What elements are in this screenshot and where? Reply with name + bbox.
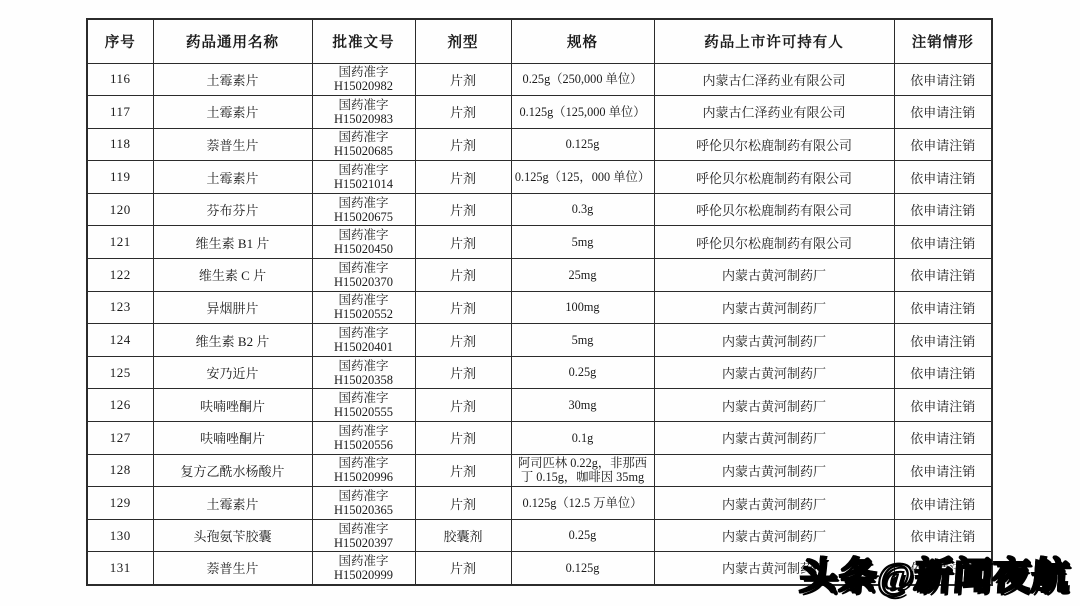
cell-specification: 5mg bbox=[511, 226, 654, 259]
cell-serial-number: 123 bbox=[87, 291, 153, 324]
header-drug-generic-name: 药品通用名称 bbox=[153, 19, 312, 63]
cell-approval-number: 国药准字 H15021014 bbox=[312, 161, 415, 194]
approval-number: H15020450 bbox=[315, 242, 413, 256]
approval-number: H15020401 bbox=[315, 340, 413, 354]
cell-dosage-form: 片剂 bbox=[415, 454, 511, 487]
approval-number: H15020358 bbox=[315, 373, 413, 387]
approval-prefix: 国药准字 bbox=[315, 424, 413, 438]
cell-specification: 0.3g bbox=[511, 193, 654, 226]
cell-serial-number: 122 bbox=[87, 259, 153, 292]
cell-specification: 0.25g bbox=[511, 519, 654, 552]
cell-holder: 内蒙古黄河制药厂 bbox=[654, 291, 894, 324]
cell-holder: 内蒙古仁泽药业有限公司 bbox=[654, 63, 894, 96]
cell-dosage-form: 片剂 bbox=[415, 389, 511, 422]
cell-specification: 5mg bbox=[511, 324, 654, 357]
cell-approval-number: 国药准字 H15020685 bbox=[312, 128, 415, 161]
cell-serial-number: 129 bbox=[87, 487, 153, 520]
cell-holder: 内蒙古黄河制药厂 bbox=[654, 422, 894, 455]
cell-dosage-form: 片剂 bbox=[415, 96, 511, 129]
cell-drug-name: 异烟肼片 bbox=[153, 291, 312, 324]
table-row: 126 呋喃唑酮片 国药准字 H15020555 片剂 30mg 内蒙古黄河制药… bbox=[87, 389, 992, 422]
cell-approval-number: 国药准字 H15020555 bbox=[312, 389, 415, 422]
cell-serial-number: 116 bbox=[87, 63, 153, 96]
table-row: 124 维生素 B2 片 国药准字 H15020401 片剂 5mg 内蒙古黄河… bbox=[87, 324, 992, 357]
approval-number: H15020999 bbox=[315, 568, 413, 582]
cell-approval-number: 国药准字 H15020982 bbox=[312, 63, 415, 96]
cell-holder: 内蒙古黄河制药厂 bbox=[654, 356, 894, 389]
cell-specification: 0.125g（12.5 万单位） bbox=[511, 487, 654, 520]
cell-cancellation-status: 依申请注销 bbox=[894, 96, 992, 129]
cell-drug-name: 安乃近片 bbox=[153, 356, 312, 389]
cell-serial-number: 127 bbox=[87, 422, 153, 455]
cell-approval-number: 国药准字 H15020365 bbox=[312, 487, 415, 520]
table-row: 128 复方乙酰水杨酸片 国药准字 H15020996 片剂 阿司匹林 0.22… bbox=[87, 454, 992, 487]
approval-prefix: 国药准字 bbox=[315, 163, 413, 177]
cell-holder: 内蒙古黄河制药厂 bbox=[654, 259, 894, 292]
approval-prefix: 国药准字 bbox=[315, 326, 413, 340]
approval-number: H15020996 bbox=[315, 470, 413, 484]
cell-drug-name: 维生素 B2 片 bbox=[153, 324, 312, 357]
cell-dosage-form: 片剂 bbox=[415, 259, 511, 292]
cell-cancellation-status: 依申请注销 bbox=[894, 487, 992, 520]
table-row: 121 维生素 B1 片 国药准字 H15020450 片剂 5mg 呼伦贝尔松… bbox=[87, 226, 992, 259]
cell-dosage-form: 片剂 bbox=[415, 487, 511, 520]
cell-approval-number: 国药准字 H15020358 bbox=[312, 356, 415, 389]
approval-prefix: 国药准字 bbox=[315, 98, 413, 112]
cell-drug-name: 萘普生片 bbox=[153, 128, 312, 161]
cell-approval-number: 国药准字 H15020370 bbox=[312, 259, 415, 292]
header-approval-number: 批准文号 bbox=[312, 19, 415, 63]
cell-approval-number: 国药准字 H15020675 bbox=[312, 193, 415, 226]
table-row: 116 土霉素片 国药准字 H15020982 片剂 0.25g（250,000… bbox=[87, 63, 992, 96]
cell-serial-number: 125 bbox=[87, 356, 153, 389]
cell-dosage-form: 片剂 bbox=[415, 128, 511, 161]
cell-specification: 0.125g（125，000 单位） bbox=[511, 161, 654, 194]
table-row: 129 土霉素片 国药准字 H15020365 片剂 0.125g（12.5 万… bbox=[87, 487, 992, 520]
cell-approval-number: 国药准字 H15020996 bbox=[312, 454, 415, 487]
cell-dosage-form: 胶囊剂 bbox=[415, 519, 511, 552]
cell-drug-name: 呋喃唑酮片 bbox=[153, 389, 312, 422]
cell-approval-number: 国药准字 H15020450 bbox=[312, 226, 415, 259]
cell-specification: 25mg bbox=[511, 259, 654, 292]
table-header-row: 序号 药品通用名称 批准文号 剂型 规格 药品上市许可持有人 注销情形 bbox=[87, 19, 992, 63]
cell-holder: 内蒙古黄河制药厂 bbox=[654, 324, 894, 357]
cell-serial-number: 119 bbox=[87, 161, 153, 194]
table-row: 123 异烟肼片 国药准字 H15020552 片剂 100mg 内蒙古黄河制药… bbox=[87, 291, 992, 324]
cell-approval-number: 国药准字 H15020999 bbox=[312, 552, 415, 585]
approval-prefix: 国药准字 bbox=[315, 391, 413, 405]
cell-specification: 0.125g bbox=[511, 128, 654, 161]
cell-dosage-form: 片剂 bbox=[415, 422, 511, 455]
table-row: 119 土霉素片 国药准字 H15021014 片剂 0.125g（125，00… bbox=[87, 161, 992, 194]
cell-dosage-form: 片剂 bbox=[415, 291, 511, 324]
header-marketing-authorization-holder: 药品上市许可持有人 bbox=[654, 19, 894, 63]
cell-drug-name: 土霉素片 bbox=[153, 63, 312, 96]
cell-specification: 阿司匹林 0.22g，非那西丁 0.15g，咖啡因 35mg bbox=[511, 454, 654, 487]
cell-drug-name: 土霉素片 bbox=[153, 487, 312, 520]
cell-cancellation-status: 依申请注销 bbox=[894, 389, 992, 422]
header-serial-number: 序号 bbox=[87, 19, 153, 63]
cell-cancellation-status: 依申请注销 bbox=[894, 422, 992, 455]
table-row: 117 土霉素片 国药准字 H15020983 片剂 0.125g（125,00… bbox=[87, 96, 992, 129]
cell-serial-number: 124 bbox=[87, 324, 153, 357]
cell-dosage-form: 片剂 bbox=[415, 356, 511, 389]
approval-prefix: 国药准字 bbox=[315, 228, 413, 242]
cell-approval-number: 国药准字 H15020556 bbox=[312, 422, 415, 455]
cell-specification: 100mg bbox=[511, 291, 654, 324]
cell-drug-name: 维生素 B1 片 bbox=[153, 226, 312, 259]
cell-approval-number: 国药准字 H15020397 bbox=[312, 519, 415, 552]
cell-cancellation-status: 依申请注销 bbox=[894, 291, 992, 324]
cell-drug-name: 芬布芬片 bbox=[153, 193, 312, 226]
drug-cancellation-table: 序号 药品通用名称 批准文号 剂型 规格 药品上市许可持有人 注销情形 116 … bbox=[86, 18, 993, 586]
cell-approval-number: 国药准字 H15020552 bbox=[312, 291, 415, 324]
cell-drug-name: 萘普生片 bbox=[153, 552, 312, 585]
approval-number: H15020370 bbox=[315, 275, 413, 289]
cell-holder: 内蒙古黄河制药厂 bbox=[654, 389, 894, 422]
header-specification: 规格 bbox=[511, 19, 654, 63]
table-row: 122 维生素 C 片 国药准字 H15020370 片剂 25mg 内蒙古黄河… bbox=[87, 259, 992, 292]
cell-dosage-form: 片剂 bbox=[415, 552, 511, 585]
table-row: 127 呋喃唑酮片 国药准字 H15020556 片剂 0.1g 内蒙古黄河制药… bbox=[87, 422, 992, 455]
cell-serial-number: 126 bbox=[87, 389, 153, 422]
cell-cancellation-status: 依申请注销 bbox=[894, 356, 992, 389]
cell-holder: 呼伦贝尔松鹿制药有限公司 bbox=[654, 128, 894, 161]
approval-prefix: 国药准字 bbox=[315, 489, 413, 503]
table-row: 118 萘普生片 国药准字 H15020685 片剂 0.125g 呼伦贝尔松鹿… bbox=[87, 128, 992, 161]
header-dosage-form: 剂型 bbox=[415, 19, 511, 63]
cell-drug-name: 土霉素片 bbox=[153, 96, 312, 129]
approval-number: H15020982 bbox=[315, 79, 413, 93]
approval-prefix: 国药准字 bbox=[315, 554, 413, 568]
cell-serial-number: 130 bbox=[87, 519, 153, 552]
cell-approval-number: 国药准字 H15020983 bbox=[312, 96, 415, 129]
cell-cancellation-status: 依申请注销 bbox=[894, 128, 992, 161]
approval-number: H15020685 bbox=[315, 144, 413, 158]
watermark-toutiao-xinwenyehang: 头条@新闻夜航 bbox=[798, 545, 1072, 600]
approval-number: H15020397 bbox=[315, 536, 413, 550]
cell-cancellation-status: 依申请注销 bbox=[894, 324, 992, 357]
table-row: 125 安乃近片 国药准字 H15020358 片剂 0.25g 内蒙古黄河制药… bbox=[87, 356, 992, 389]
table-row: 120 芬布芬片 国药准字 H15020675 片剂 0.3g 呼伦贝尔松鹿制药… bbox=[87, 193, 992, 226]
cell-serial-number: 120 bbox=[87, 193, 153, 226]
approval-prefix: 国药准字 bbox=[315, 522, 413, 536]
approval-number: H15020556 bbox=[315, 438, 413, 452]
cell-cancellation-status: 依申请注销 bbox=[894, 161, 992, 194]
cell-holder: 内蒙古仁泽药业有限公司 bbox=[654, 96, 894, 129]
cell-holder: 呼伦贝尔松鹿制药有限公司 bbox=[654, 161, 894, 194]
page: 序号 药品通用名称 批准文号 剂型 规格 药品上市许可持有人 注销情形 116 … bbox=[0, 0, 1080, 606]
cell-drug-name: 维生素 C 片 bbox=[153, 259, 312, 292]
cell-approval-number: 国药准字 H15020401 bbox=[312, 324, 415, 357]
cell-cancellation-status: 依申请注销 bbox=[894, 259, 992, 292]
cell-holder: 呼伦贝尔松鹿制药有限公司 bbox=[654, 193, 894, 226]
cell-specification: 0.125g（125,000 单位） bbox=[511, 96, 654, 129]
cell-specification: 0.1g bbox=[511, 422, 654, 455]
approval-prefix: 国药准字 bbox=[315, 261, 413, 275]
cell-serial-number: 131 bbox=[87, 552, 153, 585]
cell-drug-name: 土霉素片 bbox=[153, 161, 312, 194]
cell-serial-number: 117 bbox=[87, 96, 153, 129]
cell-cancellation-status: 依申请注销 bbox=[894, 226, 992, 259]
cell-drug-name: 头孢氨苄胶囊 bbox=[153, 519, 312, 552]
cell-serial-number: 121 bbox=[87, 226, 153, 259]
approval-prefix: 国药准字 bbox=[315, 359, 413, 373]
cell-specification: 0.25g bbox=[511, 356, 654, 389]
cell-dosage-form: 片剂 bbox=[415, 161, 511, 194]
cell-cancellation-status: 依申请注销 bbox=[894, 193, 992, 226]
cell-dosage-form: 片剂 bbox=[415, 324, 511, 357]
cell-dosage-form: 片剂 bbox=[415, 226, 511, 259]
cell-cancellation-status: 依申请注销 bbox=[894, 454, 992, 487]
table-body: 116 土霉素片 国药准字 H15020982 片剂 0.25g（250,000… bbox=[87, 63, 992, 585]
cell-holder: 内蒙古黄河制药厂 bbox=[654, 454, 894, 487]
cell-drug-name: 呋喃唑酮片 bbox=[153, 422, 312, 455]
approval-number: H15020552 bbox=[315, 307, 413, 321]
cell-holder: 内蒙古黄河制药厂 bbox=[654, 487, 894, 520]
header-cancellation-type: 注销情形 bbox=[894, 19, 992, 63]
approval-prefix: 国药准字 bbox=[315, 456, 413, 470]
cell-serial-number: 128 bbox=[87, 454, 153, 487]
approval-prefix: 国药准字 bbox=[315, 130, 413, 144]
cell-specification: 0.25g（250,000 单位） bbox=[511, 63, 654, 96]
cell-cancellation-status: 依申请注销 bbox=[894, 63, 992, 96]
cell-dosage-form: 片剂 bbox=[415, 63, 511, 96]
approval-number: H15020675 bbox=[315, 210, 413, 224]
approval-prefix: 国药准字 bbox=[315, 293, 413, 307]
cell-holder: 呼伦贝尔松鹿制药有限公司 bbox=[654, 226, 894, 259]
approval-number: H15020555 bbox=[315, 405, 413, 419]
approval-prefix: 国药准字 bbox=[315, 65, 413, 79]
cell-specification: 30mg bbox=[511, 389, 654, 422]
approval-number: H15021014 bbox=[315, 177, 413, 191]
cell-serial-number: 118 bbox=[87, 128, 153, 161]
approval-number: H15020365 bbox=[315, 503, 413, 517]
approval-prefix: 国药准字 bbox=[315, 196, 413, 210]
cell-specification: 0.125g bbox=[511, 552, 654, 585]
cell-dosage-form: 片剂 bbox=[415, 193, 511, 226]
cell-drug-name: 复方乙酰水杨酸片 bbox=[153, 454, 312, 487]
approval-number: H15020983 bbox=[315, 112, 413, 126]
